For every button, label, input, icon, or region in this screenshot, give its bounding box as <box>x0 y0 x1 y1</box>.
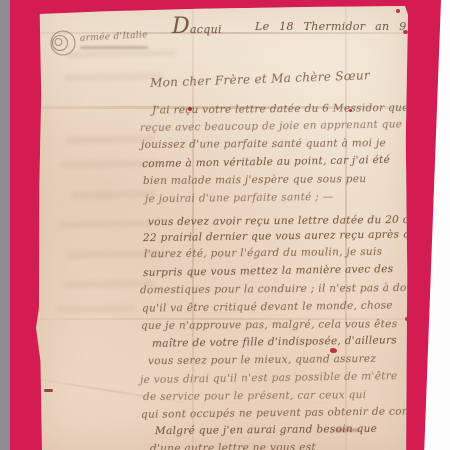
letter-line: l'aurez été, pour l'égard du moulin, je … <box>144 246 382 260</box>
wax-spot <box>44 389 53 392</box>
letter-line: qu'il va être critiqué devant le monde, … <box>142 299 393 314</box>
ink-bleed-ghost <box>58 220 153 228</box>
ink-bleed-ghost <box>66 50 176 58</box>
letter-line: surpris que vous mettez la manière avec … <box>143 263 394 279</box>
letter-line: bien malade mais j'espère que sous peu <box>143 173 366 187</box>
postmark-spiral-icon <box>44 26 82 60</box>
letter-line: reçue avec beaucoup de joie en apprenant… <box>140 118 432 134</box>
letter-line: maître de votre fille d'indisposée, d'ai… <box>152 334 397 349</box>
wax-spot <box>349 109 352 112</box>
paper-sheet: armée d'Italie Dacqui Le 18 Thermidor an… <box>36 6 408 450</box>
postmark-text: armée d'Italie <box>80 30 148 44</box>
letter-line: vous devez avoir reçu une lettre datée d… <box>148 214 417 228</box>
ink-bleed-ghost <box>56 305 136 312</box>
letter-line: vous serez pour le mieux, quand assurez <box>148 353 376 367</box>
letter-photo: armée d'Italie Dacqui Le 18 Thermidor an… <box>0 0 450 450</box>
letter-line: qui sont occupés ne peuvent pas obtenir … <box>141 405 423 420</box>
letter-line: J'ai reçu votre lettre datée du 6 Messid… <box>152 102 429 117</box>
salutation: Mon cher Frère et Ma chère Sœur <box>150 68 370 90</box>
letter-line: que je n'approuve pas, malgré, cela vous… <box>141 318 397 332</box>
letter-line: domestiques pour la conduire ; il n'est … <box>140 282 430 297</box>
letter-line: 22 prairial dernier que vous aurez reçu … <box>143 228 450 244</box>
wax-spot <box>330 348 337 353</box>
postmark-underline-smudge <box>80 46 148 49</box>
letter-line: de service pour le présent, car ceux qui <box>143 389 366 403</box>
wax-spot <box>396 9 400 13</box>
letter-line: d'une autre lettre ne vous est <box>150 441 316 450</box>
ink-bleed-ghost <box>71 190 156 198</box>
left-grey-edge <box>0 0 10 450</box>
letter-line: je jouirai d'une parfaite santé ; — <box>145 191 334 205</box>
dateline-place: Dacqui <box>172 14 222 39</box>
wax-spot <box>188 107 192 111</box>
dateline-date: Le 18 Thermidor an 9 <box>255 20 407 33</box>
ink-strikethrough <box>335 429 359 431</box>
letter-line: je vous dirai qu'il n'est pas possible d… <box>140 370 398 386</box>
wax-spot <box>403 30 408 34</box>
letter-line: comme à mon véritable au point, car j'ai… <box>142 154 390 170</box>
letter-line: jouissez d'une parfaite santé quant à mo… <box>141 137 386 151</box>
